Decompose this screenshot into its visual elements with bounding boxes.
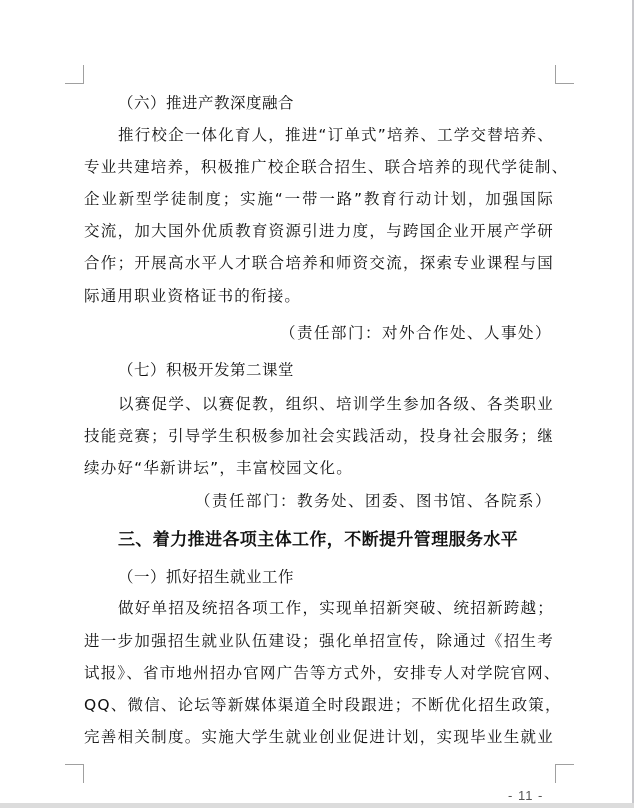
paragraph-line: 试报》、省市地州招办官网广告等方式外，安排专人对学院官网、 (84, 663, 554, 683)
paragraph-line: 推行校企一体化育人，推进“订单式”培养、工学交替培养、 (118, 125, 554, 145)
paragraph-line: 续办好“华新讲坛”，丰富校园文化。 (84, 458, 353, 478)
paragraph-line: 进一步加强招生就业队伍建设；强化单招宣传，除通过《招生考 (84, 631, 554, 651)
crop-mark-top-right (555, 65, 574, 84)
responsibility-note: （责任部门：对外合作处、人事处） (280, 323, 552, 343)
sub-heading-six: （六）推进产教深度融合 (118, 93, 294, 113)
paragraph-line: 技能竞赛；引导学生积极参加社会实践活动，投身社会服务；继 (84, 426, 554, 446)
crop-mark-bottom-right (555, 764, 574, 783)
sub-heading-seven: （七）积极开发第二课堂 (118, 360, 294, 380)
document-page: （六）推进产教深度融合 推行校企一体化育人，推进“订单式”培养、工学交替培养、 … (0, 0, 632, 803)
crop-mark-top-left (65, 65, 84, 84)
paragraph-line: 专业共建培养，积极推广校企联合招生、联合培养的现代学徒制、 (84, 157, 554, 177)
paragraph-line: 际通用职业资格证书的衔接。 (84, 286, 301, 306)
paragraph-line: 合作；开展高水平人才联合培养和师资交流，探索专业课程与国 (84, 253, 554, 273)
page-gap-bar (0, 803, 634, 808)
paragraph-line: 做好单招及统招各项工作，实现单招新突破、统招新跨越； (118, 598, 554, 618)
paragraph-line: QQ、微信、论坛等新媒体渠道全时段跟进；不断优化招生政策， (84, 695, 554, 715)
responsibility-note: （责任部门：教务处、团委、图书馆、各院系） (195, 491, 552, 511)
sub-heading-one: （一）抓好招生就业工作 (118, 567, 294, 587)
paragraph-line: 完善相关制度。实施大学生就业创业促进计划，实现毕业生就业 (84, 727, 554, 747)
crop-mark-bottom-left (65, 764, 84, 783)
section-heading-three: 三、着力推进各项主体工作，不断提升管理服务水平 (118, 530, 518, 550)
page-number: - 11 - (508, 788, 543, 803)
paragraph-line: 企业新型学徒制度；实施“一带一路”教育行动计划，加强国际 (84, 189, 554, 209)
paragraph-line: 交流，加大国外优质教育资源引进力度，与跨国企业开展产学研 (84, 221, 554, 241)
paragraph-line: 以赛促学、以赛促教，组织、培训学生参加各级、各类职业 (118, 394, 554, 414)
